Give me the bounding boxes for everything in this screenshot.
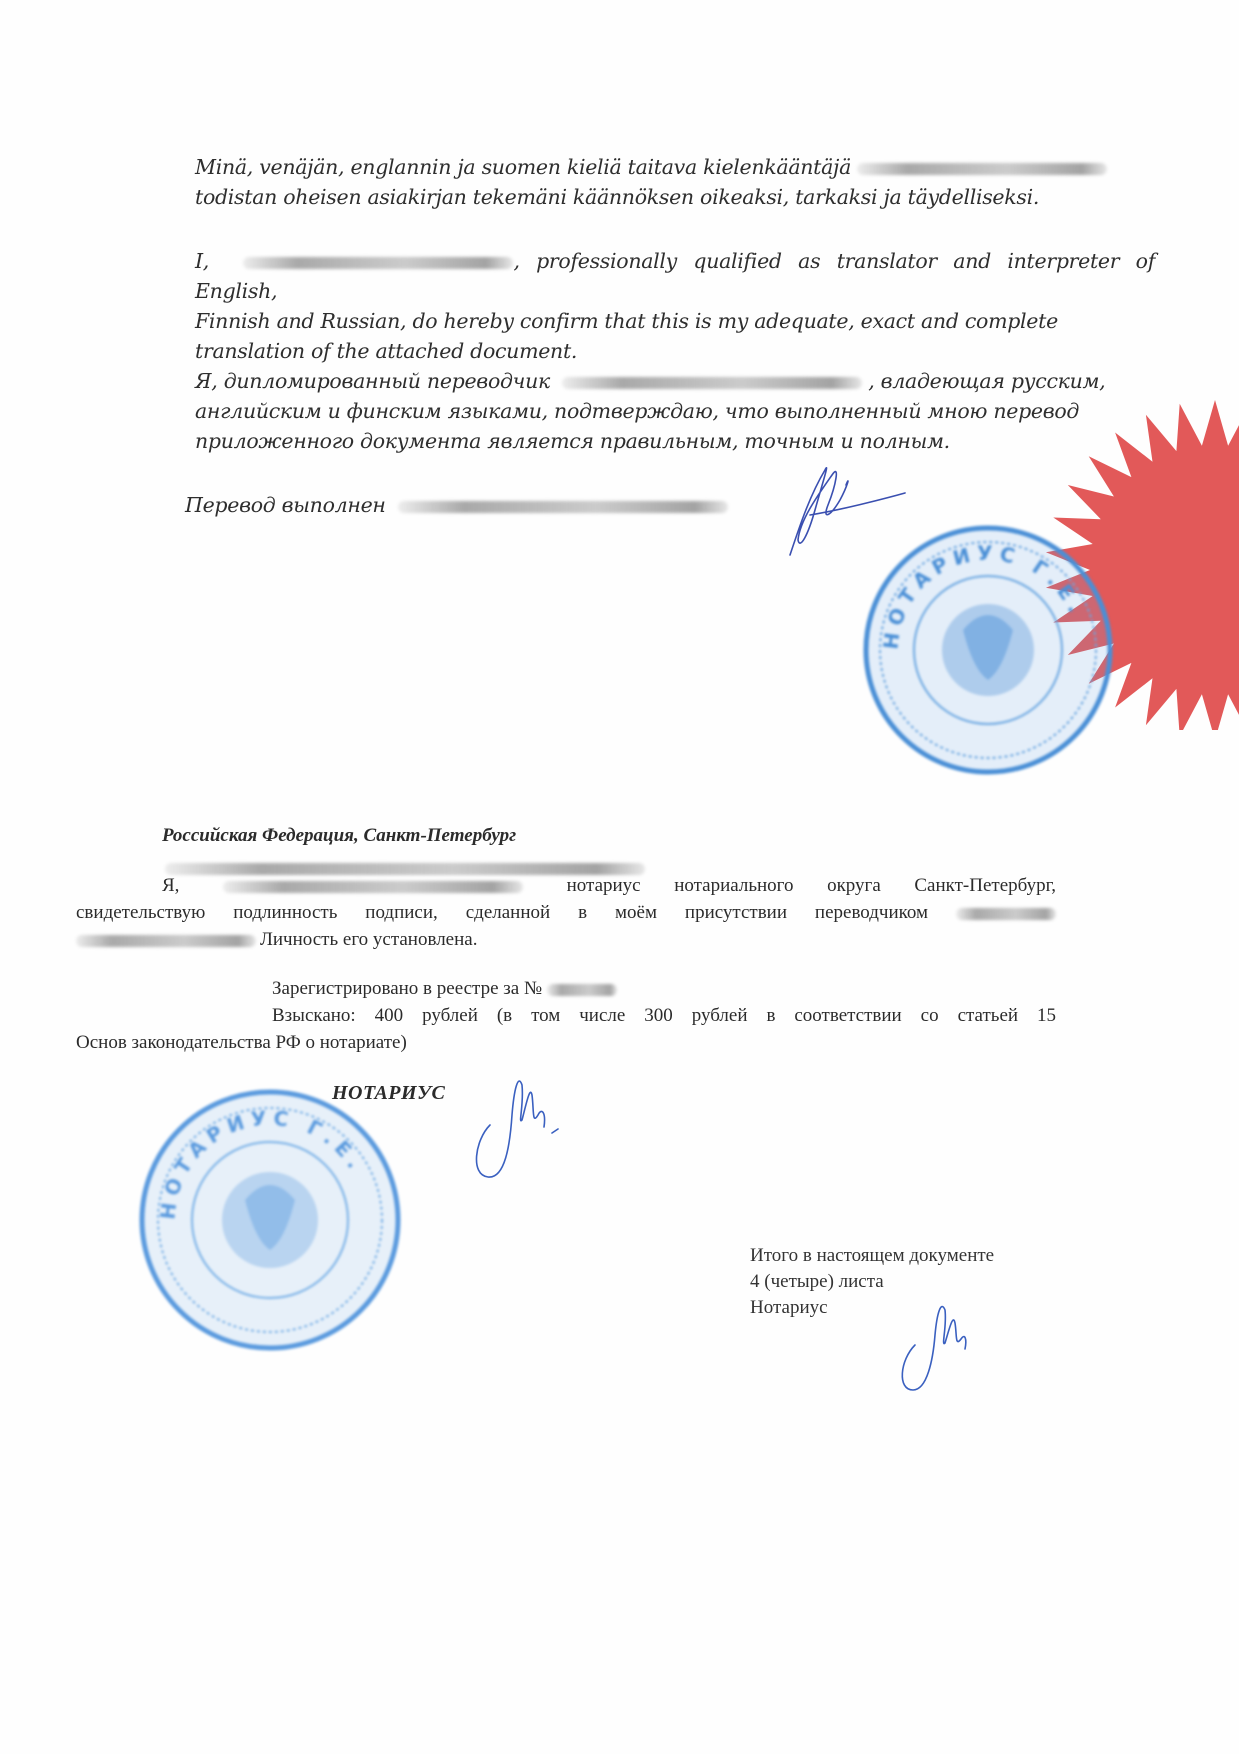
certificate-finnish-line2: todistan oheisen asiakirjan tekemäni kää…	[195, 182, 1155, 212]
notary-body-line1: нотариус нотариального округа Санкт-Пете…	[567, 875, 1056, 896]
certificate-english: I, , professionally qualified as transla…	[195, 246, 1155, 366]
document-page: Minä, venäjän, englannin ja suomen kieli…	[0, 0, 1239, 1754]
notary-body-line3: Личность его установлена.	[260, 929, 477, 950]
notary-place: Российская Федерация, Санкт-Петербург	[162, 822, 516, 849]
certificate-russian: Я, дипломированный переводчик , владеюща…	[195, 366, 1157, 456]
notary-title: НОТАРИУС	[332, 1080, 445, 1107]
certificate-english-line3: translation of the attached document.	[195, 336, 1155, 366]
notary-attestation: Я, нотариус нотариального округа Санкт-П…	[76, 872, 1056, 953]
redacted-registry-number	[547, 984, 617, 996]
notary-signature-summary	[895, 1295, 985, 1395]
translation-performed-by: Перевод выполнен	[185, 490, 785, 520]
redacted-translator-name	[562, 377, 862, 389]
notary-registration: Зарегистрировано в реестре за № Взыскано…	[76, 975, 1056, 1056]
notary-signature	[460, 1065, 570, 1185]
performed-by-label: Перевод выполнен	[185, 493, 386, 517]
certificate-english-line2: Finnish and Russian, do hereby confirm t…	[195, 306, 1155, 336]
notary-body-line2: свидетельствую подлинность подписи, сдел…	[76, 902, 928, 923]
fee-line1: Взыскано: 400 рублей (в том числе 300 ру…	[76, 1002, 1056, 1029]
summary-line1: Итого в настоящем документе	[750, 1243, 994, 1269]
certificate-finnish-line1: Minä, venäjän, englannin ja suomen kieli…	[195, 155, 851, 179]
certificate-russian-prefix: Я, дипломированный переводчик	[195, 369, 550, 393]
notary-stamp-bottom: НОТАРИУС Г.Е.	[130, 1075, 420, 1365]
certificate-finnish: Minä, venäjän, englannin ja suomen kieli…	[195, 152, 1155, 212]
redacted-translator-name	[398, 501, 728, 513]
certificate-russian-line3: приложенного документа является правильн…	[195, 426, 1157, 456]
redacted-translator-name	[956, 908, 1056, 920]
redacted-notary-name	[223, 881, 523, 893]
redacted-translator-name	[76, 935, 256, 947]
summary-line2: 4 (четыре) листа	[750, 1269, 994, 1295]
notary-stamp-top: НОТАРИУС Г.Е.	[858, 520, 1128, 780]
fee-line2: Основ законодательства РФ о нотариате)	[76, 1029, 1056, 1056]
redacted-translator-name	[857, 163, 1107, 175]
registered-label: Зарегистрировано в реестре за №	[272, 978, 542, 999]
certificate-russian-line2: английским и финским языками, подтвержда…	[195, 396, 1157, 426]
certificate-english-prefix: I,	[195, 249, 209, 273]
redacted-translator-name	[243, 257, 513, 269]
notary-body-prefix: Я,	[162, 875, 179, 896]
